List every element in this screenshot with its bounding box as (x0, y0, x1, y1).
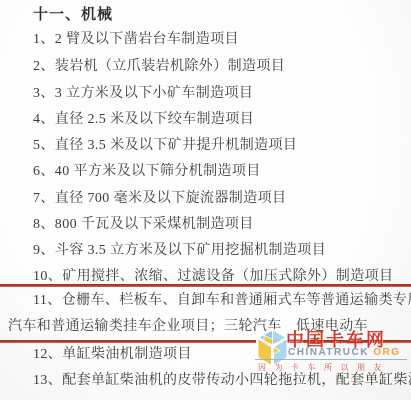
list-item-4: 4、直径 2.5 米及以下绞车制造项目 (33, 112, 254, 128)
document-page: 十一、机械 1、2 臂及以下凿岩台车制造项目 2、装岩机（立爪装岩机除外）制造项… (0, 0, 411, 400)
watermark-brand-en-name: CHINATRUCK (288, 347, 369, 358)
highlight-line-top (0, 284, 411, 287)
chinatruck-watermark: 中国卡车网 CHINATRUCK ORG 因为卡车所以朋友 (255, 325, 409, 377)
watermark-slogan: 因为卡车所以朋友 (258, 362, 390, 373)
watermark-brand-tld: ORG (373, 347, 400, 358)
watermark-divider (255, 359, 407, 360)
list-item-6: 6、40 平方米及以下筛分机制造项目 (33, 164, 261, 180)
list-item-1: 1、2 臂及以下凿岩台车制造项目 (33, 32, 239, 48)
section-heading: 十一、机械 (33, 7, 113, 23)
watermark-brand-en: CHINATRUCK ORG (288, 347, 400, 358)
list-item-12: 12、单缸柴油机制造项目 (33, 347, 192, 363)
list-item-5: 5、直径 3.5 米及以下矿井提升机制造项目 (33, 138, 297, 154)
list-item-8: 8、800 千瓦及以下采煤机制造项目 (33, 217, 254, 233)
list-item-10: 10、矿用搅拌、浓缩、过滤设备（加压式除外）制造项目 (33, 269, 393, 285)
list-item-9: 9、斗容 3.5 立方米及以下矿用挖掘机制造项目 (33, 243, 326, 259)
list-item-2: 2、装岩机（立爪装岩机除外）制造项目 (33, 59, 285, 75)
list-item-3: 3、3 立方米及以下小矿车制造项目 (33, 86, 253, 102)
list-item-11-line1: 11、仓栅车、栏板车、自卸车和普通厢式车等普通运输类专用 (33, 293, 411, 309)
list-item-7: 7、直径 700 毫米及以下旋流器制造项目 (33, 191, 286, 207)
